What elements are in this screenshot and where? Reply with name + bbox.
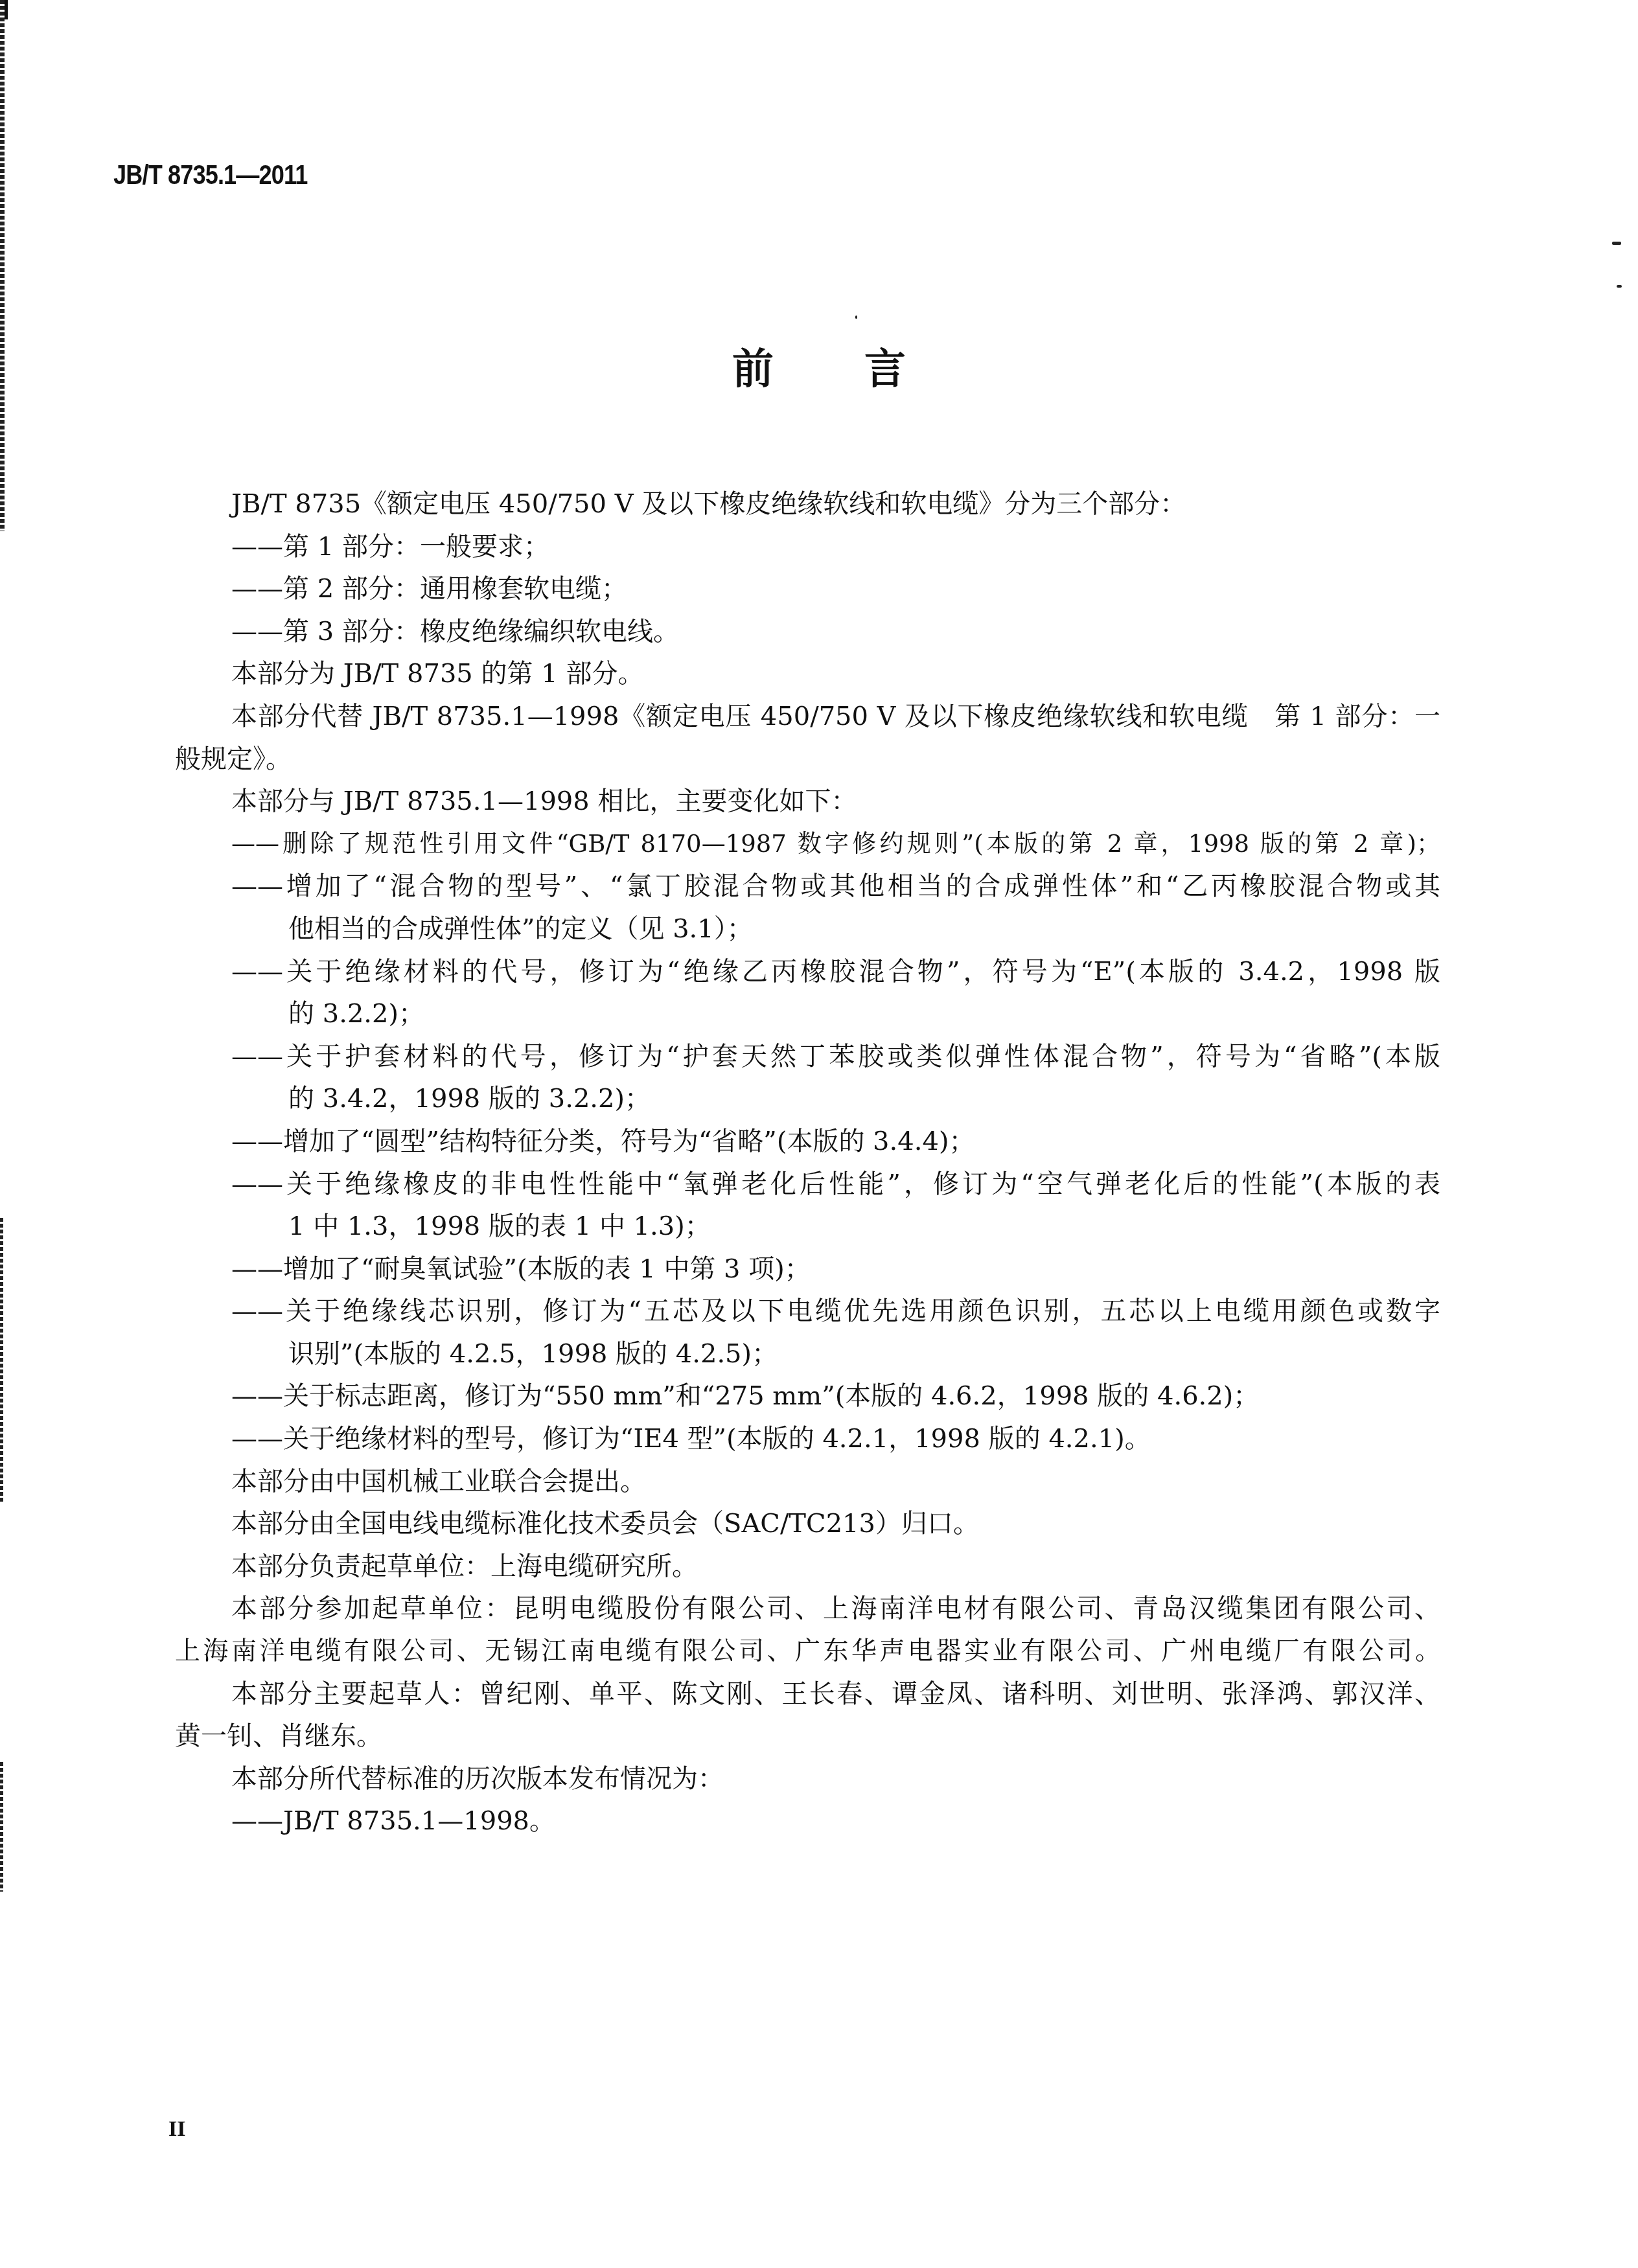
list-item: ——关于绝缘材料的型号，修订为“IE4 型”(本版的 4.2.1，1998 版的… (175, 1422, 1440, 1465)
standard-code-header: JB/T 8735.1—2011 (113, 159, 308, 190)
title-char: 言 (864, 336, 906, 395)
page-number: II (168, 2117, 185, 2142)
list-item-continuation: 的 3.4.2，1998 版的 3.2.2)； (175, 1082, 1440, 1125)
scan-edge-artifact (0, 0, 5, 531)
paragraph-line: 般规定》。 (175, 742, 1440, 785)
title-char: 前 (732, 336, 774, 395)
list-item: ——增加了“耐臭氧试验”(本版的表 1 中第 3 项)； (175, 1252, 1440, 1295)
paragraph-line: 本部分主要起草人：曾纪刚、单平、陈文刚、王长春、谭金凤、诸科明、刘世明、张泽鸿、… (175, 1677, 1440, 1720)
paragraph-line: 本部分与 JB/T 8735.1—1998 相比，主要变化如下： (175, 785, 1440, 827)
list-item: ——增加了“圆型”结构特征分类，符号为“省略”(本版的 3.4.4)； (175, 1125, 1440, 1167)
scan-edge-artifact (0, 1218, 3, 1503)
list-item-continuation: 识别”(本版的 4.2.5，1998 版的 4.2.5)； (175, 1337, 1440, 1380)
page-title: 前言 (0, 336, 1638, 395)
list-item: ——增加了“混合物的型号”、“氯丁胶混合物或其他相当的合成弹性体”和“乙丙橡胶混… (175, 869, 1440, 912)
scan-edge-artifact (0, 1762, 3, 1892)
list-item: ——第 3 部分：橡皮绝缘编织软电线。 (175, 615, 1440, 658)
list-item: ——第 1 部分：一般要求； (175, 530, 1440, 573)
foreword-body: JB/T 8735《额定电压 450/750 V 及以下橡皮绝缘软线和软电缆》分… (175, 487, 1440, 1847)
scan-speck (1612, 242, 1621, 245)
list-item: ——关于护套材料的代号，修订为“护套天然丁苯胶或类似弹性体混合物”，符号为“省略… (175, 1040, 1440, 1082)
list-item: ——删除了规范性引用文件“GB/T 8170—1987 数字修约规则”(本版的第… (175, 827, 1440, 870)
list-item: ——第 2 部分：通用橡套软电缆； (175, 572, 1440, 615)
paragraph-line: 黄一钊、肖继东。 (175, 1719, 1440, 1762)
list-item: ——关于绝缘材料的代号，修订为“绝缘乙丙橡胶混合物”，符号为“E”(本版的 3.… (175, 955, 1440, 998)
list-item-continuation: 的 3.2.2)； (175, 997, 1440, 1040)
paragraph-line: 本部分参加起草单位：昆明电缆股份有限公司、上海南洋电材有限公司、青岛汉缆集团有限… (175, 1592, 1440, 1634)
list-item: ——关于标志距离，修订为“550 mm”和“275 mm”(本版的 4.6.2，… (175, 1379, 1440, 1422)
paragraph-line: 上海南洋电缆有限公司、无锡江南电缆有限公司、广东华声电器实业有限公司、广州电缆厂… (175, 1634, 1440, 1677)
paragraph-line: 本部分由全国电线电缆标准化技术委员会（SAC/TC213）归口。 (175, 1507, 1440, 1550)
list-item: ——关于绝缘线芯识别，修订为“五芯及以下电缆优先选用颜色识别，五芯以上电缆用颜色… (175, 1294, 1440, 1337)
paragraph-line: 本部分所代替标准的历次版本发布情况为： (175, 1762, 1440, 1805)
paragraph-line: 本部分由中国机械工业联合会提出。 (175, 1465, 1440, 1507)
list-item: ——关于绝缘橡皮的非电性性能中“氧弹老化后性能”，修订为“空气弹老化后的性能”(… (175, 1167, 1440, 1210)
list-item-continuation: 他相当的合成弹性体”的定义（见 3.1）； (175, 912, 1440, 955)
paragraph-line: 本部分为 JB/T 8735 的第 1 部分。 (175, 657, 1440, 700)
paragraph-line: JB/T 8735《额定电压 450/750 V 及以下橡皮绝缘软线和软电缆》分… (175, 487, 1440, 530)
list-item-continuation: 1 中 1.3，1998 版的表 1 中 1.3)； (175, 1209, 1440, 1252)
list-item: ——JB/T 8735.1—1998。 (175, 1804, 1440, 1847)
scan-speck (1617, 285, 1622, 288)
scan-speck (855, 315, 857, 319)
paragraph-line: 本部分代替 JB/T 8735.1—1998《额定电压 450/750 V 及以… (175, 700, 1440, 742)
paragraph-line: 本部分负责起草单位：上海电缆研究所。 (175, 1550, 1440, 1592)
